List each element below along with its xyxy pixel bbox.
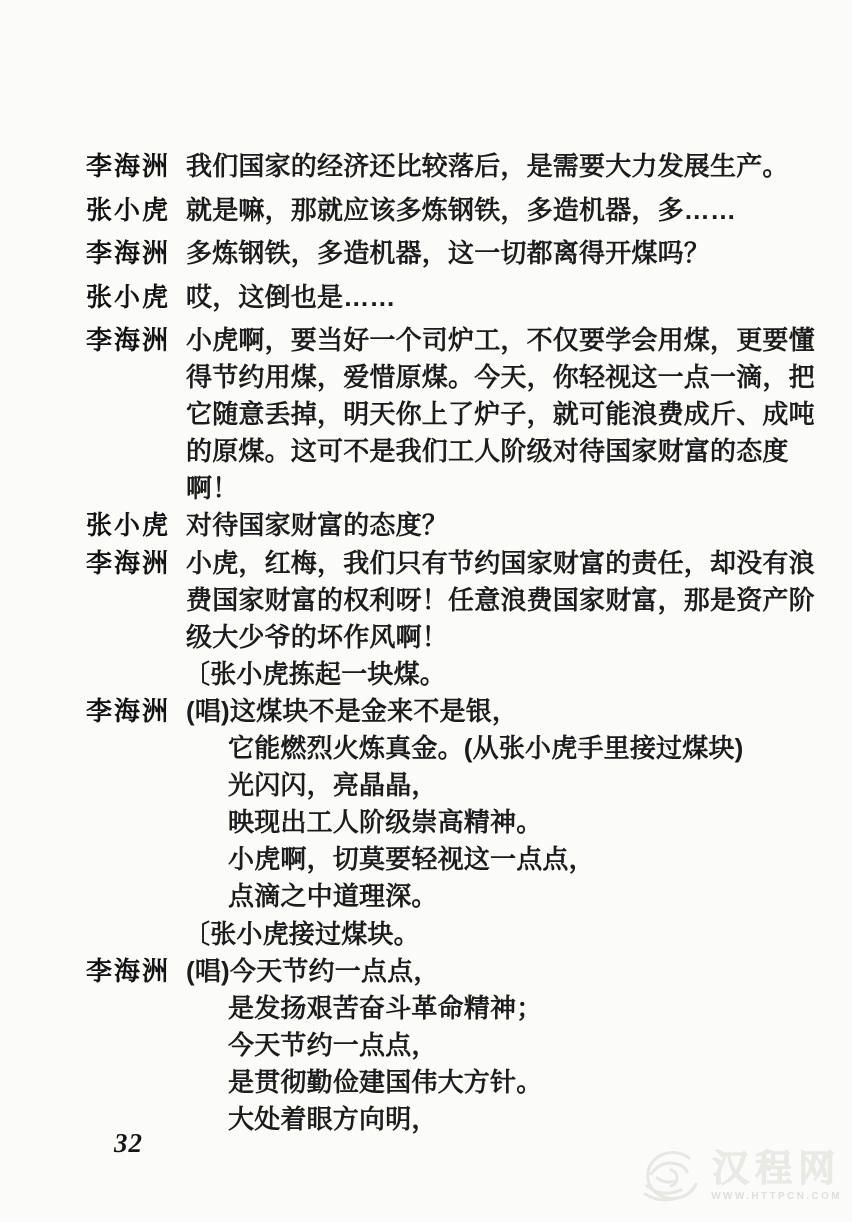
speaker-name: 李海洲 bbox=[86, 320, 170, 357]
dialogue-line: 它随意丢掉，明天你上了炉子，就可能浪费成斤、成吨 bbox=[0, 394, 852, 431]
line-text: 〔张小虎接过煤块。 bbox=[184, 914, 420, 951]
line-text: 大处着眼方向明， bbox=[228, 1099, 438, 1136]
line-text: 〔张小虎拣起一块煤。 bbox=[184, 654, 446, 691]
speaker-name: 李海洲 bbox=[86, 691, 170, 728]
lyric-line: 映现出工人阶级崇高精神。 bbox=[0, 802, 852, 839]
dialogue-line: 得节约用煤，爱惜原煤。今天，你轻视这一点一滴，把 bbox=[0, 357, 852, 394]
watermark-site-url: WWW.HTTPCN.COM bbox=[711, 1191, 842, 1202]
page-number: 32 bbox=[114, 1128, 143, 1159]
line-text: 点滴之中道理深。 bbox=[228, 876, 438, 913]
lyric-line: 光闪闪，亮晶晶， bbox=[0, 765, 852, 802]
dialogue-line: 李海洲(唱)今天节约一点点， bbox=[0, 951, 852, 988]
lyric-line: 它能燃烈火炼真金。(从张小虎手里接过煤块) bbox=[0, 728, 852, 765]
watermark-dragon-seal-icon bbox=[635, 1144, 703, 1208]
dialogue-line: 张小虎对待国家财富的态度？ bbox=[0, 505, 852, 542]
line-text: 级大少爷的坏作风啊！ bbox=[186, 617, 448, 654]
dialogue-line: 的原煤。这可不是我们工人阶级对待国家财富的态度 bbox=[0, 431, 852, 468]
line-text: 得节约用煤，爱惜原煤。今天，你轻视这一点一滴，把 bbox=[186, 357, 815, 394]
lyric-line: 今天节约一点点， bbox=[0, 1025, 852, 1062]
line-text: 小虎啊，切莫要轻视这一点点， bbox=[228, 839, 595, 876]
line-text: 小虎，红梅，我们只有节约国家财富的责任，却没有浪 bbox=[186, 543, 815, 580]
stage-direction-line: 〔张小虎拣起一块煤。 bbox=[0, 654, 852, 691]
lyric-line: 小虎啊，切莫要轻视这一点点， bbox=[0, 839, 852, 876]
line-text: 它随意丢掉，明天你上了炉子，就可能浪费成斤、成吨 bbox=[186, 394, 815, 431]
line-text: 小虎啊，要当好一个司炉工，不仅要学会用煤，更要懂 bbox=[186, 320, 815, 357]
line-text: 今天节约一点点， bbox=[228, 1025, 438, 1062]
lyric-line: 是贯彻勤俭建国伟大方针。 bbox=[0, 1062, 852, 1099]
watermark-site-name: 汉程网 bbox=[712, 1150, 841, 1189]
dialogue-line: 李海洲(唱)这煤块不是金来不是银， bbox=[0, 691, 852, 728]
dialogue-line: 级大少爷的坏作风啊！ bbox=[0, 617, 852, 654]
line-text: 哎，这倒也是…… bbox=[186, 277, 396, 314]
line-text: 是贯彻勤俭建国伟大方针。 bbox=[228, 1062, 542, 1099]
speaker-name: 李海洲 bbox=[86, 543, 170, 580]
line-text: 光闪闪，亮晶晶， bbox=[228, 765, 438, 802]
book-page: 李海洲我们国家的经济还比较落后，是需要大力发展生产。张小虎就是嘛，那就应该多炼钢… bbox=[0, 0, 852, 1222]
lyric-line: 点滴之中道理深。 bbox=[0, 876, 852, 913]
lyric-line: 是发扬艰苦奋斗革命精神； bbox=[0, 988, 852, 1025]
line-text: 费国家财富的权利呀！任意浪费国家财富，那是资产阶 bbox=[186, 580, 815, 617]
line-text: 它能燃烈火炼真金。(从张小虎手里接过煤块) bbox=[228, 728, 744, 765]
line-text: 对待国家财富的态度？ bbox=[186, 505, 448, 542]
line-text: 的原煤。这可不是我们工人阶级对待国家财富的态度 bbox=[186, 431, 789, 468]
dialogue-line: 李海洲多炼钢铁，多造机器，这一切都离得开煤吗？ bbox=[0, 233, 852, 277]
dialogue-line: 啊！ bbox=[0, 468, 852, 505]
dialogue-line: 李海洲小虎，红梅，我们只有节约国家财富的责任，却没有浪 bbox=[0, 543, 852, 580]
speaker-name: 李海洲 bbox=[86, 233, 170, 270]
stage-direction-line: 〔张小虎接过煤块。 bbox=[0, 914, 852, 951]
speaker-name: 张小虎 bbox=[86, 277, 170, 314]
speaker-name: 李海洲 bbox=[86, 146, 170, 183]
speaker-name: 李海洲 bbox=[86, 951, 170, 988]
line-text: 是发扬艰苦奋斗革命精神； bbox=[228, 988, 542, 1025]
watermark-text: 汉程网 WWW.HTTPCN.COM bbox=[711, 1150, 842, 1202]
dialogue-line: 李海洲小虎啊，要当好一个司炉工，不仅要学会用煤，更要懂 bbox=[0, 320, 852, 357]
watermark: 汉程网 WWW.HTTPCN.COM bbox=[635, 1144, 842, 1208]
script-text-block: 李海洲我们国家的经济还比较落后，是需要大力发展生产。张小虎就是嘛，那就应该多炼钢… bbox=[0, 146, 852, 1136]
speaker-name: 张小虎 bbox=[86, 505, 170, 542]
dialogue-line: 李海洲我们国家的经济还比较落后，是需要大力发展生产。 bbox=[0, 146, 852, 190]
line-text: 映现出工人阶级崇高精神。 bbox=[228, 802, 542, 839]
line-text: (唱)这煤块不是金来不是银， bbox=[186, 691, 518, 728]
line-text: 我们国家的经济还比较落后，是需要大力发展生产。 bbox=[186, 146, 789, 183]
dialogue-line: 费国家财富的权利呀！任意浪费国家财富，那是资产阶 bbox=[0, 580, 852, 617]
dialogue-line: 张小虎就是嘛，那就应该多炼钢铁，多造机器，多…… bbox=[0, 190, 852, 234]
speaker-name: 张小虎 bbox=[86, 190, 170, 227]
line-text: 就是嘛，那就应该多炼钢铁，多造机器，多…… bbox=[186, 190, 736, 227]
line-text: 多炼钢铁，多造机器，这一切都离得开煤吗？ bbox=[186, 233, 710, 270]
line-text: (唱)今天节约一点点， bbox=[186, 951, 440, 988]
line-text: 啊！ bbox=[186, 468, 238, 505]
dialogue-line: 张小虎哎，这倒也是…… bbox=[0, 277, 852, 321]
